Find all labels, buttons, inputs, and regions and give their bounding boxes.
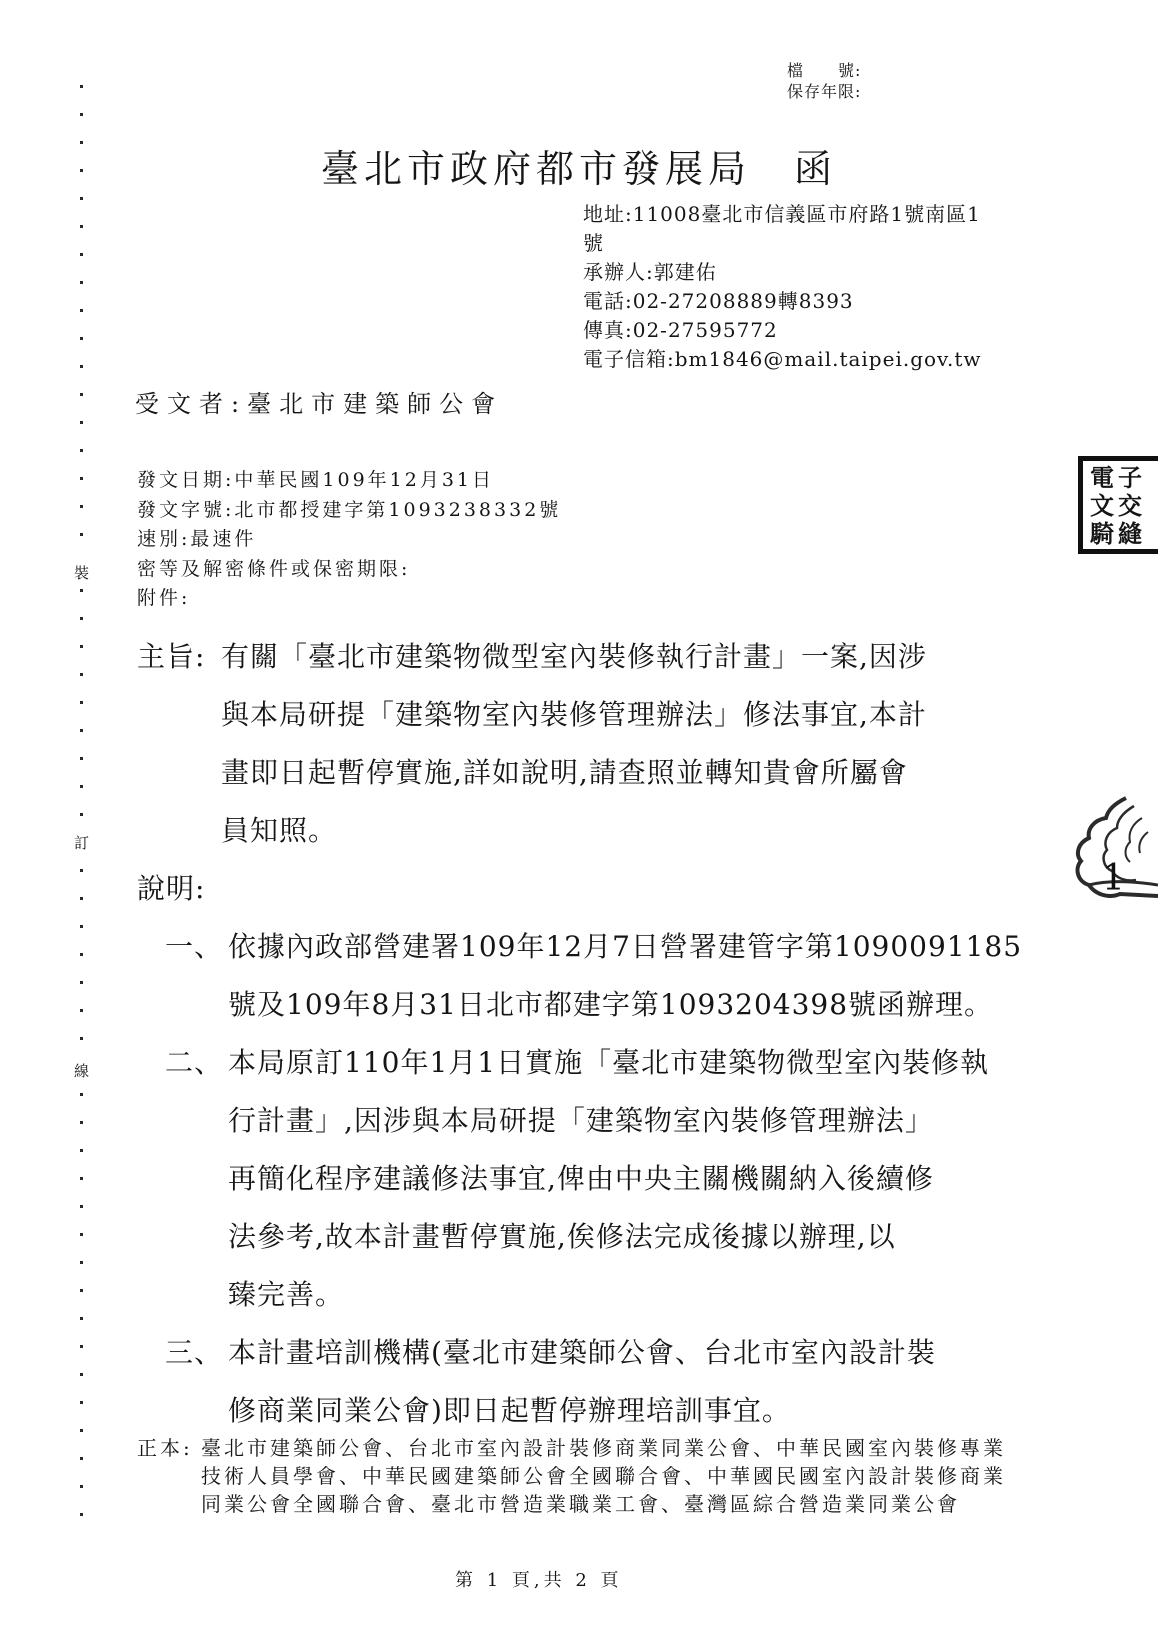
page-number: 第 1 頁,共 2 頁 [455, 1566, 623, 1592]
distribution-lines: 臺北市建築師公會、台北市室內設計裝修商業同業公會、中華民國室內裝修專業 技術人員… [201, 1434, 1006, 1518]
distribution-line-1: 臺北市建築師公會、台北市室內設計裝修商業同業公會、中華民國室內裝修專業 [201, 1434, 1006, 1462]
svg-text:1: 1 [1102, 858, 1125, 898]
attachment: 附件: [137, 584, 561, 614]
staple-mark: 訂 [70, 830, 93, 856]
distribution-block: 正本: 臺北市建築師公會、台北市室內設計裝修商業同業公會、中華民國室內裝修專業 … [137, 1434, 1006, 1518]
binding-mark: 裝 [70, 560, 93, 586]
subject-line-1: 主旨:有關「臺北市建築物微型室內裝修執行計畫」一案,因涉 [137, 628, 997, 686]
item-3-number: 三、 [165, 1324, 228, 1382]
partial-seal-scribble-icon: 1 [1060, 796, 1158, 898]
security-level: 密等及解密條件或保密期限: [137, 555, 561, 585]
explanation-item-1-line-1: 一、依據內政部營建署109年12月7日營署建管字第1090091185 [137, 918, 997, 976]
explanation-item-2-line-2: 行計畫」,因涉與本局研提「建築物室內裝修管理辦法」 [137, 1092, 997, 1150]
doc-number: 發文字號:北市都授建字第1093238332號 [137, 496, 561, 526]
issue-date: 發文日期:中華民國109年12月31日 [137, 466, 561, 496]
file-info-block: 檔 號: 保存年限: [787, 60, 861, 102]
seal-row-3: 騎縫 [1090, 520, 1158, 548]
sender-fax: 傳真:02-27595772 [583, 316, 983, 345]
binding-dotted-line [80, 85, 83, 1523]
sender-contact-block: 地址:11008臺北市信義區市府路1號南區1 號 承辦人:郭建佑 電話:02-2… [583, 200, 983, 374]
electronic-exchange-seal: 電子 文交 騎縫 [1078, 456, 1158, 554]
file-no-label: 檔 號: [787, 60, 861, 81]
meta-block: 發文日期:中華民國109年12月31日 發文字號:北市都授建字第10932383… [137, 466, 561, 614]
retention-label: 保存年限: [787, 81, 861, 102]
sender-address-line-1: 地址:11008臺北市信義區市府路1號南區1 [583, 200, 983, 229]
explanation-heading: 說明: [137, 860, 997, 918]
sender-email: 電子信箱:bm1846@mail.taipei.gov.tw [583, 345, 983, 374]
document-page: 檔 號: 保存年限: 臺北市政府都市發展局 函 地址:11008臺北市信義區市府… [0, 0, 1158, 1649]
subject-line-3: 畫即日起暫停實施,詳如說明,請查照並轉知貴會所屬會 [137, 744, 997, 802]
subject-text-1: 有關「臺北市建築物微型室內裝修執行計畫」一案,因涉 [221, 640, 927, 673]
sender-phone: 電話:02-27208889轉8393 [583, 287, 983, 316]
seal-row-2: 文交 [1090, 492, 1158, 520]
recipient-line: 受文者:臺北市建築師公會 [135, 384, 503, 419]
distribution-line-3: 同業公會全國聯合會、臺北市營造業職業工會、臺灣區綜合營造業同業公會 [201, 1490, 1006, 1518]
item-2-number: 二、 [165, 1034, 228, 1092]
explanation-item-3-line-1: 三、本計畫培訓機構(臺北市建築師公會、台北市室內設計裝 [137, 1324, 997, 1382]
seal-row-1: 電子 [1090, 464, 1158, 492]
subject-label: 主旨: [137, 628, 221, 686]
explanation-item-1-line-2: 號及109年8月31日北市都建字第1093204398號函辦理。 [137, 976, 997, 1034]
item-1-text-1: 依據內政部營建署109年12月7日營署建管字第1090091185 [228, 930, 1022, 963]
sender-contact-person: 承辦人:郭建佑 [583, 258, 983, 287]
subject-line-4: 員知照。 [137, 802, 997, 860]
explanation-item-2-line-4: 法參考,故本計畫暫停實施,俟修法完成後據以辦理,以 [137, 1208, 997, 1266]
body-block: 主旨:有關「臺北市建築物微型室內裝修執行計畫」一案,因涉 與本局研提「建築物室內… [137, 628, 997, 1440]
explanation-item-3-line-2: 修商業同業公會)即日起暫停辦理培訓事宜。 [137, 1382, 997, 1440]
item-1-number: 一、 [165, 918, 228, 976]
document-title: 臺北市政府都市發展局 函 [0, 138, 1158, 193]
priority: 速別:最速件 [137, 525, 561, 555]
item-2-text-1: 本局原訂110年1月1日實施「臺北市建築物微型室內裝修執 [228, 1046, 989, 1079]
explanation-item-2-line-1: 二、本局原訂110年1月1日實施「臺北市建築物微型室內裝修執 [137, 1034, 997, 1092]
sender-address-line-2: 號 [583, 229, 983, 258]
subject-line-2: 與本局研提「建築物室內裝修管理辦法」修法事宜,本計 [137, 686, 997, 744]
explanation-item-2-line-3: 再簡化程序建議修法事宜,俾由中央主關機關納入後續修 [137, 1150, 997, 1208]
distribution-label: 正本: [137, 1434, 201, 1518]
item-3-text-1: 本計畫培訓機構(臺北市建築師公會、台北市室內設計裝 [228, 1336, 936, 1369]
distribution-line-2: 技術人員學會、中華民國建築師公會全國聯合會、中華國民國室內設計裝修商業 [201, 1462, 1006, 1490]
explanation-item-2-line-5: 臻完善。 [137, 1266, 997, 1324]
thread-mark: 線 [70, 1058, 93, 1084]
